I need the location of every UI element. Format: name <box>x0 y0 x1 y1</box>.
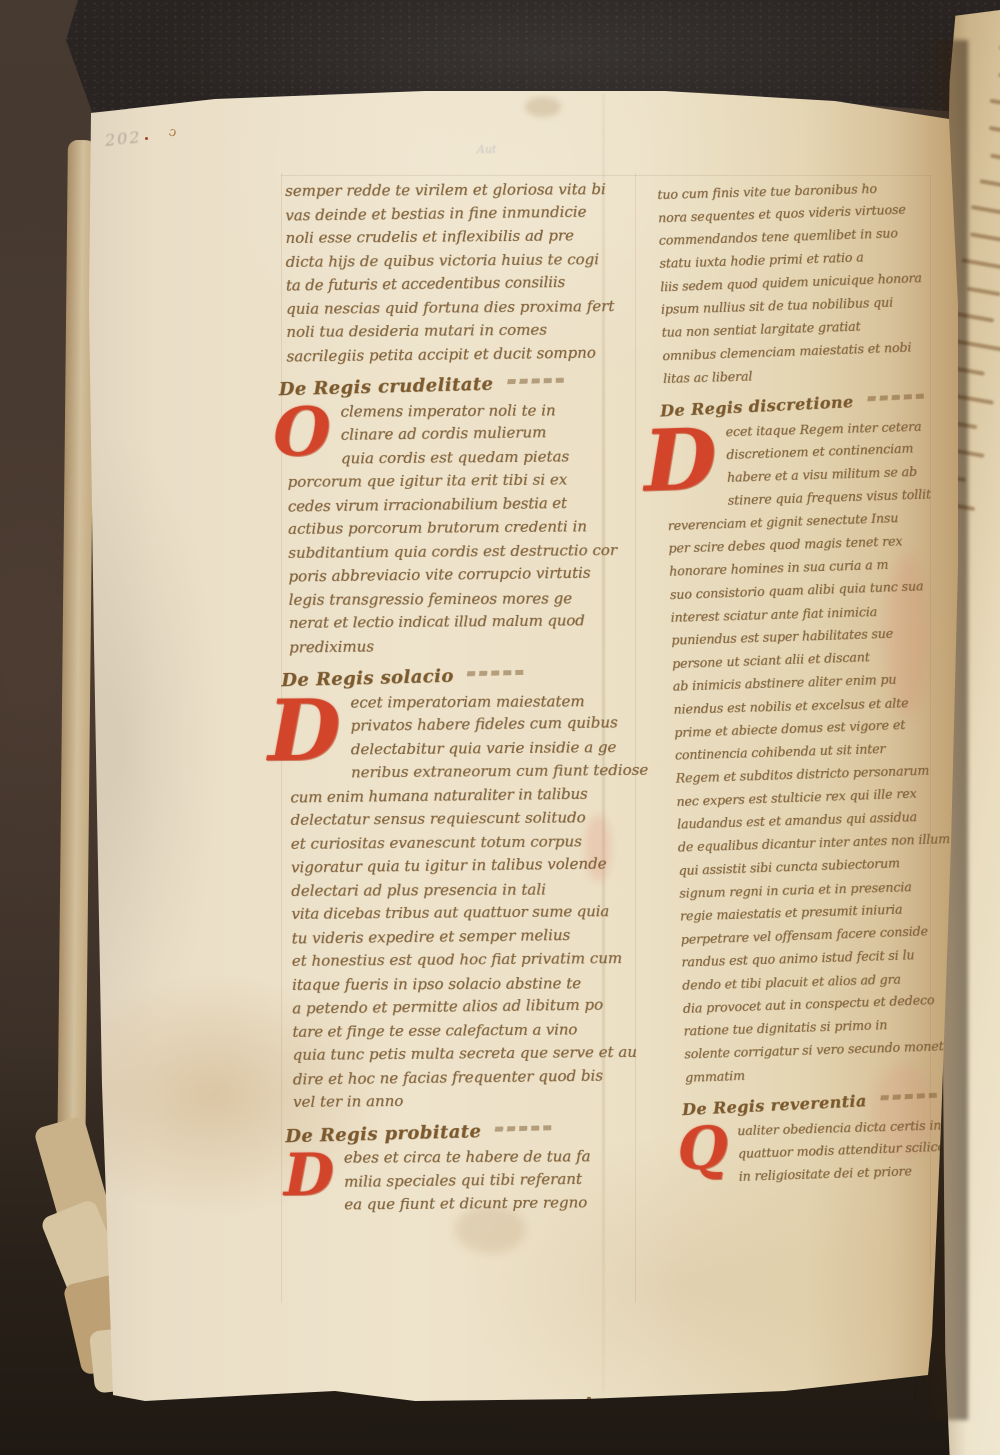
text-line: poris abbreviacio vite corrupcio virtuti… <box>288 561 640 589</box>
folio-number-pencil: 202 <box>104 127 142 150</box>
faint-margin-note: Aut <box>477 143 496 156</box>
text-line: dire et hoc ne facias frequenter quod bi… <box>293 1063 645 1091</box>
text-line: clinare ad cordis mulierum <box>287 420 639 448</box>
heading-flourish <box>491 1124 555 1131</box>
text-line: porcorum que igitur ita erit tibi si ex <box>288 468 640 495</box>
text-line: tare et finge te esse calefactum a vino <box>292 1017 644 1044</box>
text-line: privatos habere fideles cum quibus <box>290 711 642 739</box>
section-crudelitate: De Regis crudelitate O clemens imperator… <box>287 372 641 659</box>
rubric-heading: De Regis crudelitate <box>279 369 639 402</box>
text-line: et honestius est quod hoc fiat privatim … <box>292 947 644 974</box>
text-line: vita dicebas tribus aut quattuor sume qu… <box>291 900 643 927</box>
section-probitate: De Regis probitate D ebes et circa te ha… <box>293 1118 646 1217</box>
text-line: ta de futuris et accedentibus consiliis <box>286 270 638 298</box>
text-line: quia tunc petis multa secreta que serve … <box>293 1041 645 1068</box>
text-line: quia cordis est quedam pietas <box>287 444 639 471</box>
text-line: delectari ad plus presencia in tali <box>291 877 643 902</box>
manuscript-photograph: 202 ɔ Aut semper redde te virilem et glo… <box>0 0 1000 1455</box>
text-line: neribus extraneorum cum fiunt tediose <box>290 759 642 786</box>
ruling-line <box>281 175 931 176</box>
text-line: ea que fiunt et dicunt pre regno <box>294 1191 646 1218</box>
tan-stain <box>525 97 561 117</box>
section-reverentia: De Regis reverentia Q ualiter obediencia… <box>686 1087 967 1190</box>
text-line: prediximus <box>289 631 641 659</box>
text-line: milia speciales qui tibi referant <box>294 1166 646 1194</box>
continuation-paragraph: semper redde te virilem et gloriosa vita… <box>285 177 639 368</box>
text-line: a petendo et permitte alios ad libitum p… <box>292 993 644 1021</box>
heading-flourish <box>876 1092 940 1100</box>
red-fleck <box>145 137 148 140</box>
text-line: vas deinde et bestias in fine inmundicie <box>285 199 637 227</box>
text-line: delectatur sensus requiescunt solitudo <box>290 806 642 833</box>
text-line: nerat et lectio indicat illud malum quod <box>289 609 641 636</box>
text-line: delectabitur quia varie insidie a ge <box>290 735 642 762</box>
section-discretione: De Regis discretione D ecet itaque Regem… <box>664 388 964 1088</box>
text-line: vigoratur quia tu igitur in talibus vole… <box>291 852 643 880</box>
text-line: semper redde te virilem et gloriosa vita… <box>285 178 637 203</box>
text-line: noli tua desideria mutari in comes <box>286 318 638 345</box>
ink-mark: ɔ <box>167 124 179 141</box>
text-line: quia nescias quid fortuna dies proxima f… <box>286 294 638 321</box>
heading-flourish <box>863 393 927 401</box>
rubric-heading: De Regis probitate <box>285 1115 645 1148</box>
text-line: cedes virum irracionabilium bestia et <box>288 490 640 518</box>
section-solacio: De Regis solacio D ecet imperatoriam mai… <box>289 663 645 1115</box>
text-line: vel ter in anno <box>293 1088 645 1115</box>
text-line: sacrilegiis petita accipit et ducit somp… <box>286 340 638 368</box>
text-line: noli esse crudelis et inflexibilis ad pr… <box>285 224 637 251</box>
text-line: actibus porcorum brutorum credenti in <box>288 515 640 542</box>
heading-flourish <box>464 669 528 676</box>
rubric-heading: De Regis solacio <box>281 660 641 693</box>
text-column-right: tuo cum finis vite tue baronibus honora … <box>657 174 966 1189</box>
heading-flourish <box>503 377 567 384</box>
text-line: cum enim humana naturaliter in talibus <box>290 781 642 809</box>
text-column-left: semper redde te virilem et gloriosa vita… <box>285 177 646 1218</box>
text-line: legis transgressio femineos mores ge <box>289 586 641 611</box>
text-line: ebes et circa te habere de tua fa <box>293 1145 645 1170</box>
manuscript-page: 202 ɔ Aut semper redde te virilem et glo… <box>85 85 965 1410</box>
text-line: tu videris expedire et semper melius <box>291 922 643 950</box>
continuation-paragraph: tuo cum finis vite tue baronibus honora … <box>657 174 941 390</box>
